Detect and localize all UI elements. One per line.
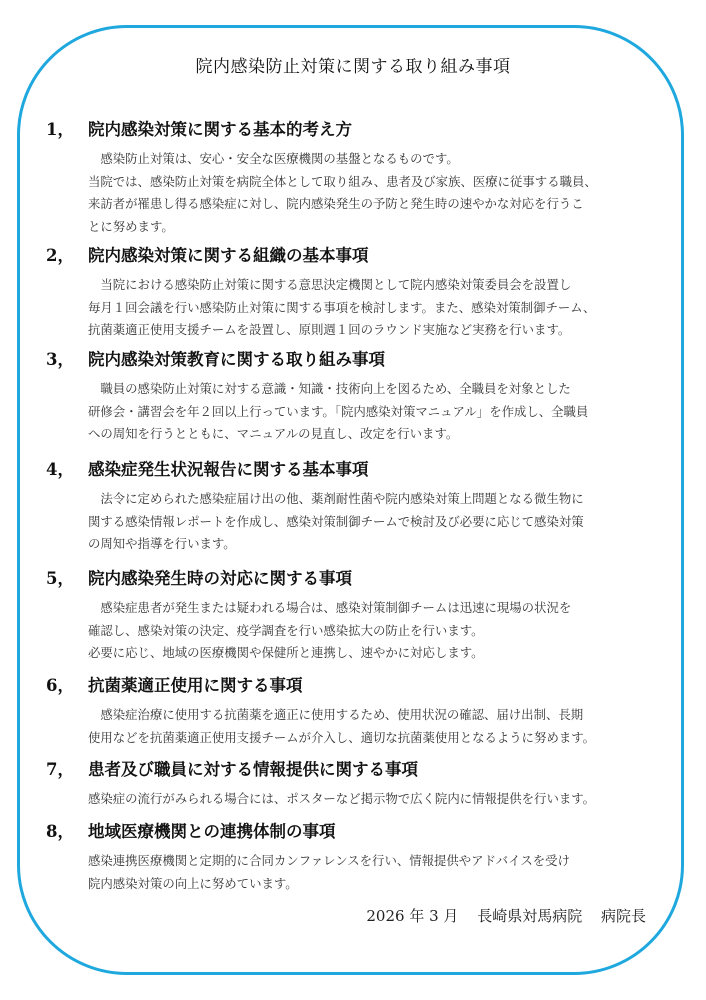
body-line: 研修会・講習会を年２回以上行っています。「院内感染対策マニュアル」を作成し、全職…: [88, 401, 686, 424]
section-8: 8， 地域医療機関との連携体制の事項 感染連携医療機関と定期的に合同カンファレン…: [46, 820, 686, 895]
body-line: の周知や指導を行います。: [88, 533, 686, 556]
section-number: 7，: [46, 758, 88, 782]
section-body: 感染症患者が発生または疑われる場合は、感染対策制御チームは迅速に現場の状況を 確…: [88, 597, 686, 665]
section-number: 8，: [46, 820, 88, 844]
body-line: 毎月１回会議を行い感染防止対策に関する事項を検討します。また、感染対策制御チーム…: [88, 297, 686, 320]
section-body: 感染連携医療機関と定期的に合同カンファレンスを行い、情報提供やアドバイスを受け …: [88, 850, 686, 895]
section-4: 4， 感染症発生状況報告に関する基本事項 法令に定められた感染症届け出の他、薬剤…: [46, 458, 686, 556]
section-title: 抗菌薬適正使用に関する事項: [88, 674, 303, 698]
section-number: 1，: [46, 118, 88, 142]
section-title: 院内感染発生時の対応に関する事項: [88, 567, 352, 591]
section-7: 7， 患者及び職員に対する情報提供に関する事項 感染症の流行がみられる場合には、…: [46, 758, 686, 811]
section-number: 2，: [46, 244, 88, 268]
section-body: 感染防止対策は、安心・安全な医療機関の基盤となるものです。 当院では、感染防止対…: [88, 148, 686, 238]
document-title: 院内感染防止対策に関する取り組み事項: [0, 52, 706, 77]
section-title: 院内感染対策に関する組織の基本事項: [88, 244, 369, 268]
section-title: 患者及び職員に対する情報提供に関する事項: [88, 758, 418, 782]
body-line: 抗菌薬適正使用支援チームを設置し、原則週１回のラウンド実施など実務を行います。: [88, 319, 686, 342]
section-title: 院内感染対策教育に関する取り組み事項: [88, 348, 385, 372]
section-number: 4，: [46, 458, 88, 482]
body-line: 職員の感染防止対策に対する意識・知識・技術向上を図るため、全職員を対象とした: [88, 378, 686, 401]
section-body: 感染症治療に使用する抗菌薬を適正に使用するため、使用状況の確認、届け出制、長期 …: [88, 704, 686, 749]
section-heading: 5， 院内感染発生時の対応に関する事項: [46, 567, 686, 591]
section-1: 1， 院内感染対策に関する基本的考え方 感染防止対策は、安心・安全な医療機関の基…: [46, 118, 686, 238]
section-heading: 1， 院内感染対策に関する基本的考え方: [46, 118, 686, 142]
signature-role: 病院長: [601, 907, 646, 925]
section-body: 法令に定められた感染症届け出の他、薬剤耐性菌や院内感染対策上問題となる微生物に …: [88, 488, 686, 556]
body-line: 感染連携医療機関と定期的に合同カンファレンスを行い、情報提供やアドバイスを受け: [88, 850, 686, 873]
body-line: 当院では、感染防止対策を病院全体として取り組み、患者及び家族、医療に従事する職員…: [88, 171, 686, 194]
signature-date: 2026 年 3 月: [366, 907, 458, 925]
section-title: 院内感染対策に関する基本的考え方: [88, 118, 352, 142]
body-line: 使用などを抗菌薬適正使用支援チームが介入し、適切な抗菌薬使用となるように努めます…: [88, 727, 686, 750]
section-number: 3，: [46, 348, 88, 372]
body-line: 院内感染対策の向上に努めています。: [88, 873, 686, 896]
body-line: 感染症患者が発生または疑われる場合は、感染対策制御チームは迅速に現場の状況を: [88, 597, 686, 620]
section-title: 地域医療機関との連携体制の事項: [88, 820, 336, 844]
section-heading: 7， 患者及び職員に対する情報提供に関する事項: [46, 758, 686, 782]
section-number: 6，: [46, 674, 88, 698]
body-line: への周知を行うとともに、マニュアルの見直し、改定を行います。: [88, 423, 686, 446]
section-title: 感染症発生状況報告に関する基本事項: [88, 458, 369, 482]
body-line: とに努めます。: [88, 216, 686, 239]
body-line: 来訪者が罹患し得る感染症に対し、院内感染発生の予防と発生時の速やかな対応を行うこ: [88, 193, 686, 216]
section-body: 感染症の流行がみられる場合には、ポスターなど掲示物で広く院内に情報提供を行います…: [88, 788, 686, 811]
body-line: 当院における感染防止対策に関する意思決定機関として院内感染対策委員会を設置し: [88, 274, 686, 297]
section-number: 5，: [46, 567, 88, 591]
section-heading: 6， 抗菌薬適正使用に関する事項: [46, 674, 686, 698]
signature-hospital: 長崎県対馬病院: [477, 907, 582, 925]
section-heading: 4， 感染症発生状況報告に関する基本事項: [46, 458, 686, 482]
body-line: 感染症治療に使用する抗菌薬を適正に使用するため、使用状況の確認、届け出制、長期: [88, 704, 686, 727]
body-line: 感染症の流行がみられる場合には、ポスターなど掲示物で広く院内に情報提供を行います…: [88, 788, 686, 811]
section-2: 2， 院内感染対策に関する組織の基本事項 当院における感染防止対策に関する意思決…: [46, 244, 686, 342]
section-heading: 3， 院内感染対策教育に関する取り組み事項: [46, 348, 686, 372]
section-3: 3， 院内感染対策教育に関する取り組み事項 職員の感染防止対策に対する意識・知識…: [46, 348, 686, 446]
body-line: 感染防止対策は、安心・安全な医療機関の基盤となるものです。: [88, 148, 686, 171]
section-6: 6， 抗菌薬適正使用に関する事項 感染症治療に使用する抗菌薬を適正に使用するため…: [46, 674, 686, 749]
signature-line: 2026 年 3 月 長崎県対馬病院 病院長: [366, 905, 646, 926]
body-line: 必要に応じ、地域の医療機関や保健所と連携し、速やかに対応します。: [88, 642, 686, 665]
body-line: 確認し、感染対策の決定、疫学調査を行い感染拡大の防止を行います。: [88, 620, 686, 643]
body-line: 関する感染情報レポートを作成し、感染対策制御チームで検討及び必要に応じて感染対策: [88, 511, 686, 534]
section-body: 職員の感染防止対策に対する意識・知識・技術向上を図るため、全職員を対象とした 研…: [88, 378, 686, 446]
section-heading: 8， 地域医療機関との連携体制の事項: [46, 820, 686, 844]
section-heading: 2， 院内感染対策に関する組織の基本事項: [46, 244, 686, 268]
section-5: 5， 院内感染発生時の対応に関する事項 感染症患者が発生または疑われる場合は、感…: [46, 567, 686, 665]
section-body: 当院における感染防止対策に関する意思決定機関として院内感染対策委員会を設置し 毎…: [88, 274, 686, 342]
body-line: 法令に定められた感染症届け出の他、薬剤耐性菌や院内感染対策上問題となる微生物に: [88, 488, 686, 511]
